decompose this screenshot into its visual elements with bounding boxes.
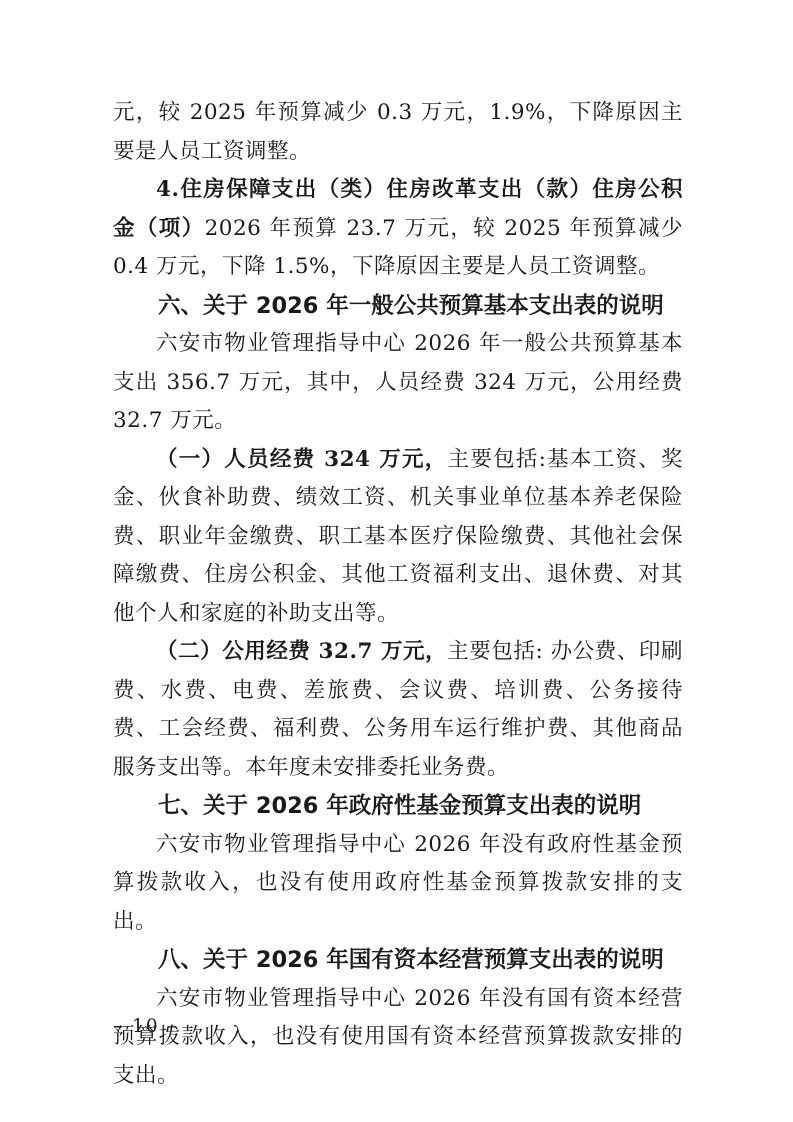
page-content: 元，较 2025 年预算减少 0.3 万元，1.9%，下降原因主要是人员工资调整… — [113, 94, 683, 1095]
paragraph-gov-fund: 六安市物业管理指导中心 2026 年没有政府性基金预算拨款收入，也没有使用政府性… — [113, 826, 683, 942]
paragraph-personnel-body: 主要包括:基本工资、奖金、伙食补助费、绩效工资、机关事业单位基本养老保险费、职业… — [113, 447, 683, 626]
page-number: – 10 – — [113, 1014, 179, 1040]
paragraph-state-capital: 六安市物业管理指导中心 2026 年没有国有资本经营预算拨款收入，也没有使用国有… — [113, 980, 683, 1096]
heading-section-7: 七、关于 2026 年政府性基金预算支出表的说明 — [113, 787, 683, 826]
paragraph-public-funds: （二）公用经费 32.7 万元，主要包括: 办公费、印刷费、水费、电费、差旅费、… — [113, 633, 683, 787]
paragraph-continuation: 元，较 2025 年预算减少 0.3 万元，1.9%，下降原因主要是人员工资调整… — [113, 94, 683, 171]
paragraph-housing-security: 4.住房保障支出（类）住房改革支出（款）住房公积金（项）2026 年预算 23.… — [113, 171, 683, 287]
paragraph-personnel-bold-lead: （一）人员经费 324 万元， — [156, 447, 448, 472]
paragraph-public-bold-lead: （二）公用经费 32.7 万元， — [156, 639, 447, 664]
heading-section-8: 八、关于 2026 年国有资本经营预算支出表的说明 — [113, 941, 683, 980]
paragraph-personnel-funds: （一）人员经费 324 万元，主要包括:基本工资、奖金、伙食补助费、绩效工资、机… — [113, 441, 683, 634]
document-page: 元，较 2025 年预算减少 0.3 万元，1.9%，下降原因主要是人员工资调整… — [0, 0, 793, 1122]
paragraph-basic-expenditure: 六安市物业管理指导中心 2026 年一般公共预算基本支出 356.7 万元，其中… — [113, 325, 683, 441]
heading-section-6: 六、关于 2026 年一般公共预算基本支出表的说明 — [113, 287, 683, 326]
